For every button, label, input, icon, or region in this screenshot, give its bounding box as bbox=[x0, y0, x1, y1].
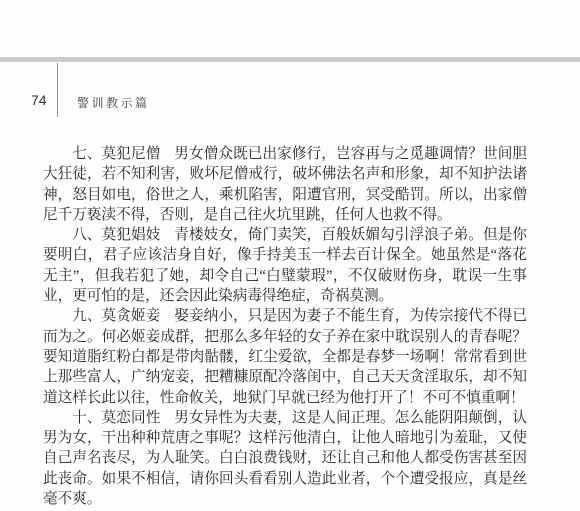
header-rule bbox=[0, 57, 580, 62]
paragraph-8-title: 八、莫犯娼妓 bbox=[72, 227, 160, 243]
paragraph-10-title: 十、莫恋同性 bbox=[72, 410, 160, 426]
header-divider bbox=[57, 63, 58, 117]
paragraph-8: 八、莫犯娼妓青楼妓女，倚门卖笑，百般妖媚勾引浮浪子弟。但是你要明白，君子应该洁身… bbox=[43, 225, 527, 306]
paragraph-7: 七、莫犯尼僧男女僧众既已出家修行，岂容再与之觅趣调情？世间胆大狂徒，若不知利害，… bbox=[43, 144, 527, 225]
paragraph-7-title: 七、莫犯尼僧 bbox=[72, 146, 160, 162]
paragraph-9: 九、莫贪姬妾娶妾纳小，只是因为妻子不能生育，为传宗接代不得已而为之。何必姬妾成群… bbox=[43, 306, 527, 407]
paragraph-9-title: 九、莫贪姬妾 bbox=[72, 308, 160, 324]
page-number: 74 bbox=[31, 92, 47, 108]
body-text: 七、莫犯尼僧男女僧众既已出家修行，岂容再与之觅趣调情？世间胆大狂徒，若不知利害，… bbox=[43, 144, 527, 509]
paragraph-10: 十、莫恋同性男女异性为夫妻，这是人间正理。怎么能阴阳颠倒，认男为女，干出种种荒唐… bbox=[43, 408, 527, 509]
book-page: 74 警训教示篇 七、莫犯尼僧男女僧众既已出家修行，岂容再与之觅趣调情？世间胆大… bbox=[0, 0, 580, 511]
running-head-title: 警训教示篇 bbox=[77, 94, 150, 111]
